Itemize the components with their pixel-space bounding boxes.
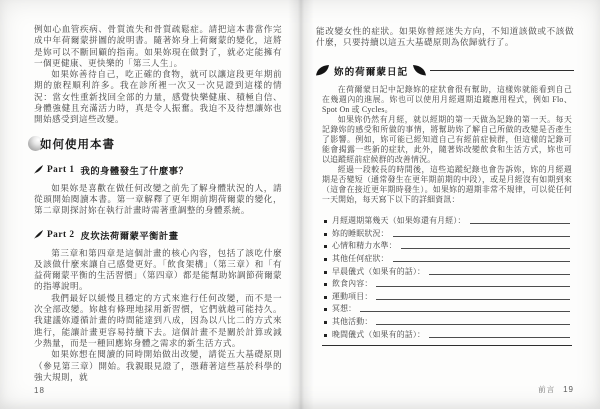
bullet-square-icon — [324, 233, 327, 236]
bullet-square-icon — [324, 258, 327, 261]
paragraph: 如果妳善待自己，吃正確的食物，就可以讓這段更年期前期的旅程順利許多。我在診所裡一… — [34, 69, 282, 125]
write-in-line — [393, 261, 570, 262]
section-heading-label: 如何使用本書 — [40, 136, 115, 152]
checklist-item-label: 其他活動： — [332, 316, 372, 327]
paragraph: 在荷爾蒙日記中記錄妳的症狀會很有幫助，這樣妳就能看到自己在幾週內的進展。妳也可以… — [322, 85, 572, 115]
checklist-item: 妳的睡眠狀況： — [324, 226, 572, 239]
checklist-item: 心情和精力水準： — [324, 239, 572, 252]
paragraph: 如果妳仍然有月經，就以經期的第一天做為記錄的第一天。每天記錄妳的感受和所做的事情… — [322, 115, 572, 165]
checklist-item: 其他活動： — [324, 314, 572, 327]
part-1-heading: Part 1 我的身體發生了什麼事？ — [34, 163, 282, 177]
bullet-square-icon — [324, 271, 327, 274]
left-page: 例如心血管疾病、骨質流失和骨質疏鬆症。請把這本書當作完成中年荷爾蒙拼圖的說明書。… — [0, 0, 300, 409]
diary-box-title: 妳的荷爾蒙日記 — [334, 64, 408, 78]
paragraph: 經過一段較長的時間後，這些追蹤紀錄也會告訴妳，妳的月經週期是否變短（通常發生在更… — [322, 165, 572, 205]
write-in-line — [376, 299, 570, 300]
bullet-square-icon — [324, 308, 327, 311]
diary-box-body: 在荷爾蒙日記中記錄妳的症狀會很有幫助，這樣妳就能看到自己在幾週內的進展。妳也可以… — [316, 78, 574, 346]
bullet-square-icon — [324, 296, 327, 299]
paragraph: 能改變女性的症狀。如果妳曾經迷失方向，不知道該做或不該做什麼，只要持續以這五大基… — [316, 26, 574, 49]
diary-ornament-right-icon — [413, 65, 426, 76]
book-spread: 例如心血管疾病、骨質流失和骨質疏鬆症。請把這本書當作完成中年荷爾蒙拼圖的說明書。… — [0, 0, 600, 409]
leaf-sprig-icon — [34, 230, 43, 239]
checklist-item: 早晨儀式（如果有的話）： — [324, 264, 572, 277]
part-2-heading: Part 2 皮坎法荷爾蒙平衡計畫 — [34, 228, 282, 242]
paragraph: 如果妳是喜歡在做任何改變之前先了解身體狀況的人，請從頭開始閱讀本書。第一章解釋了… — [34, 183, 282, 217]
paragraph: 第三章和第四章是這個計畫的核心內容，包括了該吃什麼及該做什麼來讓自己感覺更好。「… — [34, 248, 282, 293]
diary-bottom-rule — [322, 345, 572, 346]
diary-checklist: 月經週期第幾天（如果妳還有月經）： 妳的睡眠狀況： 心情和精力水準： 其他任何症… — [322, 214, 572, 340]
diary-box-header: 妳的荷爾蒙日記 — [316, 64, 574, 78]
checklist-item-label: 其他任何症狀： — [332, 253, 389, 264]
checklist-item-label: 冥想： — [332, 303, 356, 314]
page-number-right: 19 — [563, 385, 574, 394]
checklist-item-label: 晚間儀式（如果有的話）： — [332, 329, 425, 340]
paragraph: 我們最好以緩慢且穩定的方式來進行任何改變，而不是一次全部改變。妳越有條理地採用新… — [34, 293, 282, 349]
right-page: 能改變女性的症狀。如果妳曾經迷失方向，不知道該做或不該做什麼，只要持續以這五大基… — [300, 0, 600, 409]
hormone-diary-box: 妳的荷爾蒙日記 在荷爾蒙日記中記錄妳的症狀會很有幫助，這樣妳就能看到自己在幾週內… — [316, 64, 574, 346]
diary-ornament-left-icon — [316, 65, 329, 76]
write-in-line — [376, 286, 570, 287]
checklist-item-label: 飲食內容： — [332, 278, 372, 289]
write-in-line — [393, 236, 570, 237]
bullet-square-icon — [324, 245, 327, 248]
checklist-item-label: 心情和精力水準： — [332, 240, 397, 251]
section-heading: 如何使用本書 — [28, 136, 282, 152]
page-number-left: 18 — [34, 386, 45, 395]
checklist-item: 其他任何症狀： — [324, 251, 572, 264]
part-title: 我的身體發生了什麼事？ — [81, 163, 189, 177]
paragraph: 如果妳想在閱讀的同時開始做出改變，請從五大基礎原則（參見第三章）開始。我親眼見證… — [34, 349, 282, 383]
write-in-line — [360, 311, 570, 312]
checklist-item-label: 妳的睡眠狀況： — [332, 228, 389, 239]
checklist-item: 飲食內容： — [324, 277, 572, 290]
checklist-item: 月經週期第幾天（如果妳還有月經）： — [324, 214, 572, 227]
write-in-line — [429, 274, 570, 275]
leaf-sprig-icon — [34, 165, 43, 174]
bullet-square-icon — [324, 321, 327, 324]
paragraph: 例如心血管疾病、骨質流失和骨質疏鬆症。請把這本書當作完成中年荷爾蒙拼圖的說明書。… — [34, 24, 282, 69]
write-in-line — [429, 337, 570, 338]
part-label: Part 1 — [47, 165, 75, 175]
bullet-square-icon — [324, 283, 327, 286]
checklist-item: 運動項目： — [324, 289, 572, 302]
checklist-item: 冥想： — [324, 302, 572, 315]
write-in-line — [401, 248, 570, 249]
checklist-item-label: 月經週期第幾天（如果妳還有月經）： — [332, 215, 466, 226]
checklist-item-label: 運動項目： — [332, 291, 372, 302]
write-in-line — [470, 223, 570, 224]
write-in-line — [376, 324, 570, 325]
bullet-square-icon — [324, 220, 327, 223]
checklist-item-label: 早晨儀式（如果有的話）： — [332, 266, 425, 277]
diary-header-rule — [430, 70, 574, 71]
chapter-label: 前言 — [538, 384, 555, 395]
page-footer-right: 前言 19 — [538, 384, 574, 395]
part-title: 皮坎法荷爾蒙平衡計畫 — [81, 228, 179, 242]
checklist-item: 晚間儀式（如果有的話）： — [324, 327, 572, 340]
part-label: Part 2 — [47, 230, 75, 240]
bullet-square-icon — [324, 334, 327, 337]
